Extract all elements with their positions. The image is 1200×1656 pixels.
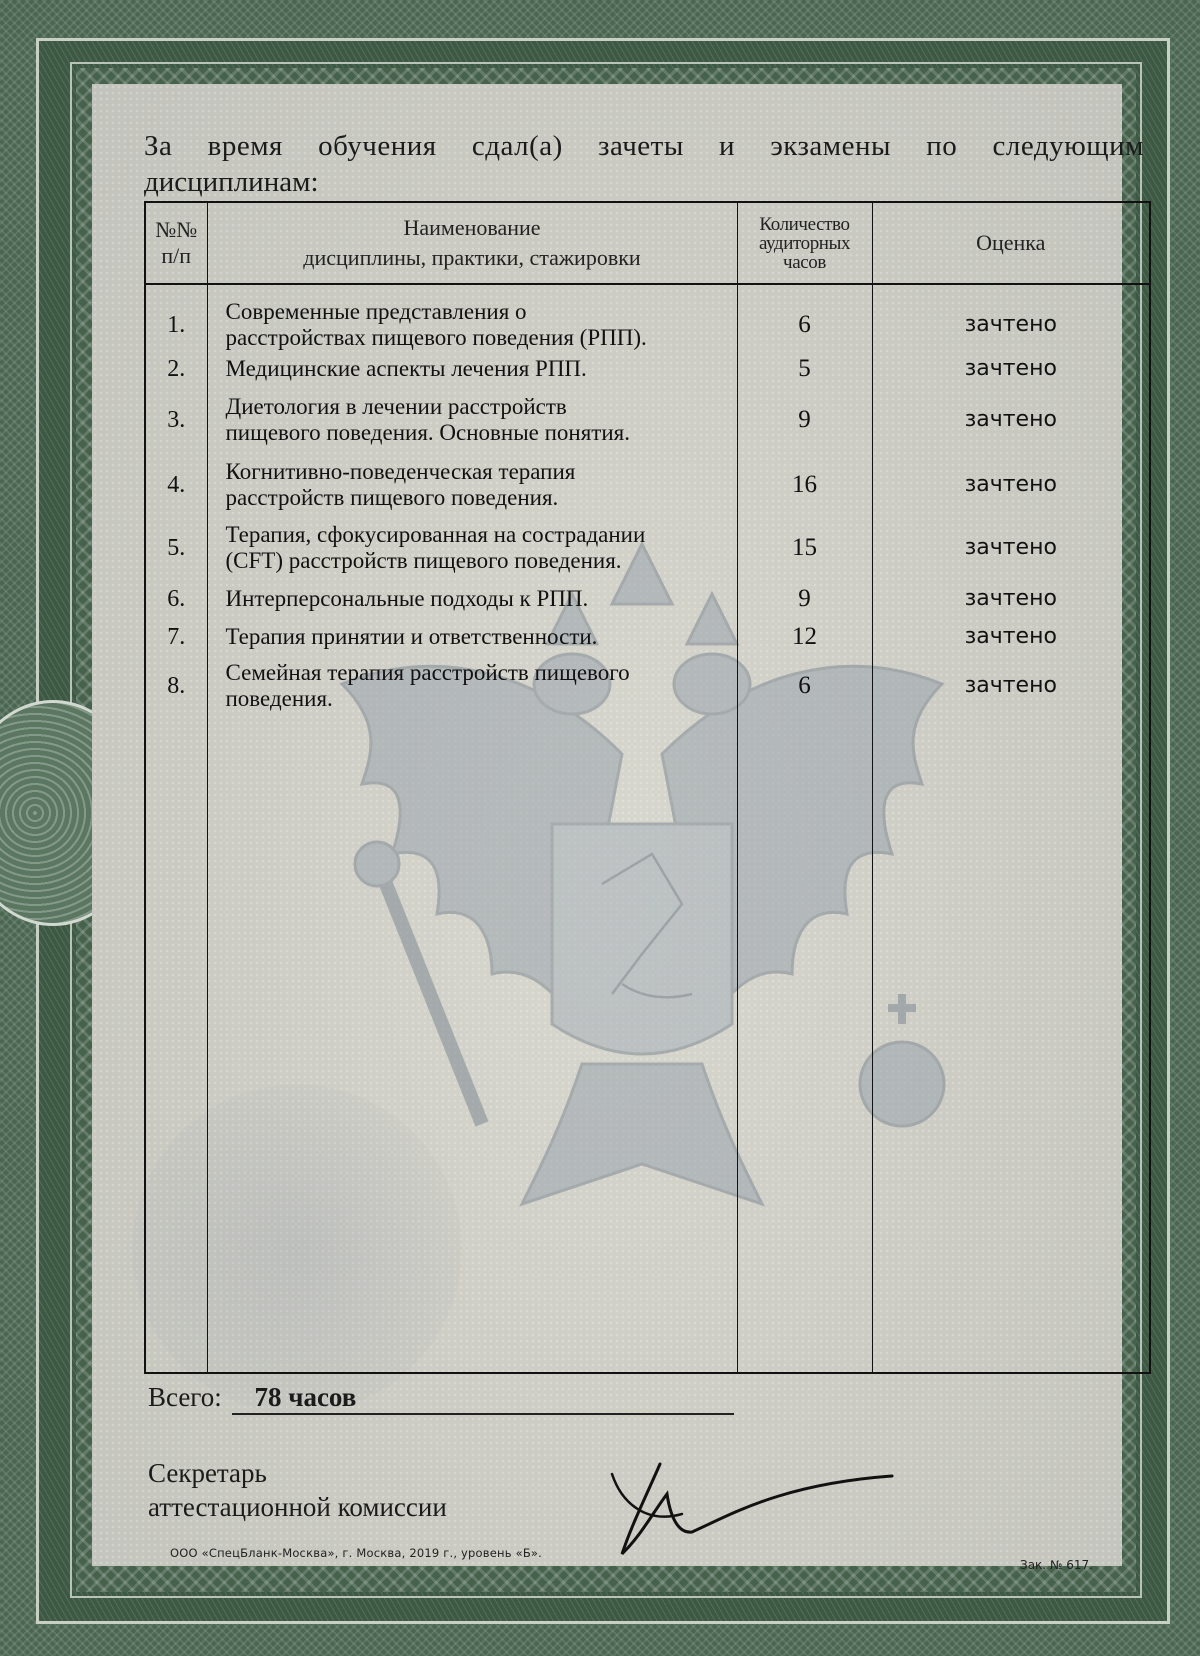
hours-value: 6: [737, 284, 872, 351]
discipline-name-line1: Интерперсональные подходы к РПП.: [226, 586, 737, 612]
discipline-name-line1: Терапия принятии и ответственности.: [226, 624, 737, 650]
secretary-line-1: Секретарь: [148, 1456, 447, 1490]
table-header-row: №№ п/п Наименование дисциплины, практики…: [145, 202, 1150, 284]
filler-cell: [145, 717, 207, 1373]
discipline-name: Интерперсональные подходы к РПП.: [207, 579, 737, 619]
discipline-name-line2: (CFT) расстройств пищевого поведения.: [226, 548, 737, 574]
table-row: 5.Терапия, сфокусированная на сострадани…: [145, 517, 1150, 579]
filler-cell: [737, 717, 872, 1373]
signature-icon: [552, 1454, 932, 1564]
table-row: 2.Медицинские аспекты лечения РПП.5зачте…: [145, 351, 1150, 387]
total-value: 78 часов: [232, 1382, 734, 1415]
total-hours: Всего: 78 часов: [148, 1382, 734, 1415]
discipline-name-line1: Терапия, сфокусированная на сострадании: [226, 522, 737, 548]
filler-cell: [207, 717, 737, 1373]
hours-value: 9: [737, 387, 872, 453]
header-hours-line3: часов: [738, 253, 872, 272]
grade-value: зачтено: [872, 619, 1150, 655]
hours-value: 5: [737, 351, 872, 387]
row-number: 5.: [145, 517, 207, 579]
table-body: 1.Современные представления орасстройств…: [145, 284, 1150, 1373]
row-number: 1.: [145, 284, 207, 351]
header-number-line1: №№: [146, 217, 207, 243]
discipline-name: Семейная терапия расстройств пищевогопов…: [207, 655, 737, 717]
row-number: 8.: [145, 655, 207, 717]
header-hours: Количество аудиторных часов: [737, 202, 872, 284]
discipline-name: Когнитивно-поведенческая терапиярасстрой…: [207, 453, 737, 517]
grade-value: зачтено: [872, 284, 1150, 351]
header-name-line2: дисциплины, практики, стажировки: [208, 243, 737, 273]
table-row: 1.Современные представления орасстройств…: [145, 284, 1150, 351]
discipline-name-line2: расстройств пищевого поведения.: [226, 485, 737, 511]
grade-value: зачтено: [872, 387, 1150, 453]
header-number: №№ п/п: [145, 202, 207, 284]
discipline-name-line1: Семейная терапия расстройств пищевого: [226, 660, 737, 686]
discipline-name: Диетология в лечении расстройствпищевого…: [207, 387, 737, 453]
table-row: 6.Интерперсональные подходы к РПП.9зачте…: [145, 579, 1150, 619]
discipline-name-line2: пищевого поведения. Основные понятия.: [226, 420, 737, 446]
discipline-name-line1: Когнитивно-поведенческая терапия: [226, 459, 737, 485]
discipline-name: Терапия принятии и ответственности.: [207, 619, 737, 655]
table-row: 3.Диетология в лечении расстройствпищево…: [145, 387, 1150, 453]
intro-text-line-1: За время обучения сдал(а) зачеты и экзам…: [144, 128, 1144, 164]
table-row: 8.Семейная терапия расстройств пищевогоп…: [145, 655, 1150, 717]
disciplines-table: №№ п/п Наименование дисциплины, практики…: [144, 201, 1151, 1374]
table-filler-row: [145, 717, 1150, 1373]
discipline-name: Современные представления орасстройствах…: [207, 284, 737, 351]
secretary-line-2: аттестационной комиссии: [148, 1490, 447, 1524]
row-number: 6.: [145, 579, 207, 619]
row-number: 3.: [145, 387, 207, 453]
row-number: 4.: [145, 453, 207, 517]
discipline-name: Терапия, сфокусированная на сострадании(…: [207, 517, 737, 579]
grade-value: зачтено: [872, 655, 1150, 717]
intro-text-line-2: дисциплинам:: [144, 164, 319, 200]
total-label: Всего:: [148, 1382, 222, 1412]
grade-value: зачтено: [872, 351, 1150, 387]
discipline-name-line1: Медицинские аспекты лечения РПП.: [226, 356, 737, 382]
hours-value: 9: [737, 579, 872, 619]
hours-value: 6: [737, 655, 872, 717]
secretary-title: Секретарь аттестационной комиссии: [148, 1456, 447, 1524]
row-number: 2.: [145, 351, 207, 387]
hours-value: 15: [737, 517, 872, 579]
grade-value: зачтено: [872, 453, 1150, 517]
filler-cell: [872, 717, 1150, 1373]
discipline-name-line1: Диетология в лечении расстройств: [226, 394, 737, 420]
header-name-line1: Наименование: [208, 213, 737, 243]
table-row: 7.Терапия принятии и ответственности.12з…: [145, 619, 1150, 655]
discipline-name-line2: поведения.: [226, 686, 737, 712]
row-number: 7.: [145, 619, 207, 655]
table-row: 4.Когнитивно-поведенческая терапиярасстр…: [145, 453, 1150, 517]
header-hours-line2: аудиторных: [738, 234, 872, 253]
hours-value: 12: [737, 619, 872, 655]
discipline-name-line1: Современные представления о: [226, 299, 737, 325]
discipline-name: Медицинские аспекты лечения РПП.: [207, 351, 737, 387]
header-hours-line1: Количество: [738, 215, 872, 234]
order-number: Зак. № 617.: [1020, 1558, 1093, 1572]
hours-value: 16: [737, 453, 872, 517]
header-number-line2: п/п: [146, 243, 207, 269]
grade-value: зачтено: [872, 517, 1150, 579]
printer-imprint: ООО «СпецБланк-Москва», г. Москва, 2019 …: [170, 1546, 542, 1560]
certificate-page: За время обучения сдал(а) зачеты и экзам…: [92, 84, 1122, 1566]
header-discipline-name: Наименование дисциплины, практики, стажи…: [207, 202, 737, 284]
header-grade: Оценка: [872, 202, 1150, 284]
grade-value: зачтено: [872, 579, 1150, 619]
discipline-name-line2: расстройствах пищевого поведения (РПП).: [226, 325, 737, 351]
